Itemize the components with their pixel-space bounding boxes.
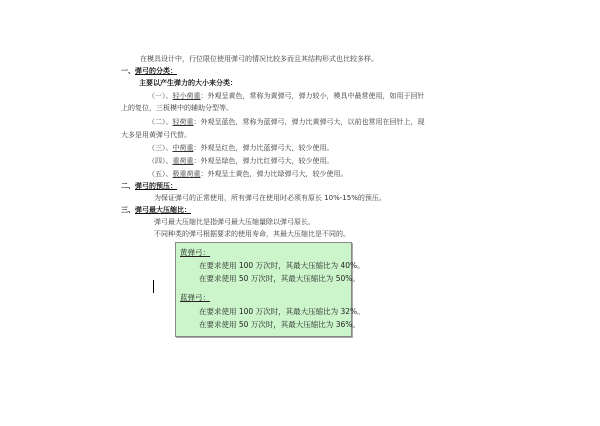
list-item: （一）、轻小荷重：外观呈黄色，常称为黄弹弓，弹力较小，模具中最常使用，如用于回针 (148, 92, 425, 101)
item-term: 中荷重 (173, 144, 194, 152)
box-line: 在要求使用 100 万次时，其最大压缩比为 40%。 (199, 261, 365, 271)
item-desc: ：外观呈蓝色，常称为蓝弹弓，弹力比黄弹弓大，以前也常用在回针上，现 (194, 118, 425, 126)
box-line: 在要求使用 50 万次时，其最大压缩比为 50%。 (199, 274, 360, 284)
item-term: 轻小荷重 (173, 92, 201, 100)
item-prefix: （五）、 (148, 170, 173, 178)
list-item: （五）、极重荷重：外观呈土黄色，弹力比绿弹弓大，较少使用。 (148, 170, 348, 179)
item-prefix: （一）、 (148, 92, 173, 100)
section-number: 三、 (121, 206, 135, 214)
item-desc: ：外观呈黄色，常称为黄弹弓，弹力较小，模具中最常使用，如用于回针 (201, 92, 425, 100)
section-3-line: 弹弓最大压缩比是指弹弓最大压缩量除以弹弓原长。 (154, 218, 315, 227)
section-1-heading: 一、弹弓的分类： (121, 67, 177, 76)
text-cursor (153, 280, 154, 293)
section-3-heading: 三、弹弓最大压缩比： (121, 206, 191, 215)
box-group-title: 蓝弹弓： (180, 293, 210, 303)
section-number: 一、 (121, 67, 135, 75)
item-prefix: （四）、 (148, 157, 173, 165)
section-2-text: 为保证弹弓的正常使用，所有弹弓在使用时必须有原长 10%-15%的预压。 (154, 194, 386, 203)
item-desc: ：外观呈红色，弹力比蓝弹弓大，较少使用。 (194, 144, 334, 152)
section-1-subtitle: 主要以产生弹力的大小来分类： (139, 79, 237, 88)
list-item-continuation: 上的复位，三板模中的辅助分型等。 (121, 104, 233, 113)
compression-ratio-box: 黄弹弓： 在要求使用 100 万次时，其最大压缩比为 40%。 在要求使用 50… (175, 242, 352, 337)
list-item: （二）、轻荷重：外观呈蓝色，常称为蓝弹弓，弹力比黄弹弓大，以前也常用在回针上，现 (148, 118, 425, 127)
section-2-heading: 二、弹弓的预压： (121, 182, 177, 191)
section-title: 弹弓的预压： (135, 182, 177, 190)
section-title: 弹弓的分类： (135, 67, 177, 75)
item-term: 重荷重 (173, 157, 194, 165)
item-prefix: （三）、 (148, 144, 173, 152)
section-number: 二、 (121, 182, 135, 190)
item-desc: ：外观呈绿色，弹力比红弹弓大，较少使用。 (194, 157, 334, 165)
box-line: 在要求使用 50 万次时，其最大压缩比为 36%。 (199, 320, 360, 330)
section-title: 弹弓最大压缩比： (135, 206, 191, 214)
item-term: 极重荷重 (173, 170, 201, 178)
list-item: （三）、中荷重：外观呈红色，弹力比蓝弹弓大，较少使用。 (148, 144, 334, 153)
list-item: （四）、重荷重：外观呈绿色，弹力比红弹弓大，较少使用。 (148, 157, 334, 166)
intro-paragraph: 在模具设计中，行位限位使用弹弓的情况比较多而且其结构形式也比较多样。 (140, 55, 378, 64)
box-line: 在要求使用 100 万次时，其最大压缩比为 32%。 (199, 307, 365, 317)
item-term: 轻荷重 (173, 118, 194, 126)
list-item-continuation: 大多是用黄弹弓代替。 (121, 131, 191, 140)
box-group-title: 黄弹弓： (180, 248, 210, 258)
item-prefix: （二）、 (148, 118, 173, 126)
item-desc: ：外观呈土黄色，弹力比绿弹弓大，较少使用。 (201, 170, 348, 178)
section-3-line: 不同种类的弹弓根据要求的使用寿命，其最大压缩比是不同的。 (154, 230, 350, 239)
